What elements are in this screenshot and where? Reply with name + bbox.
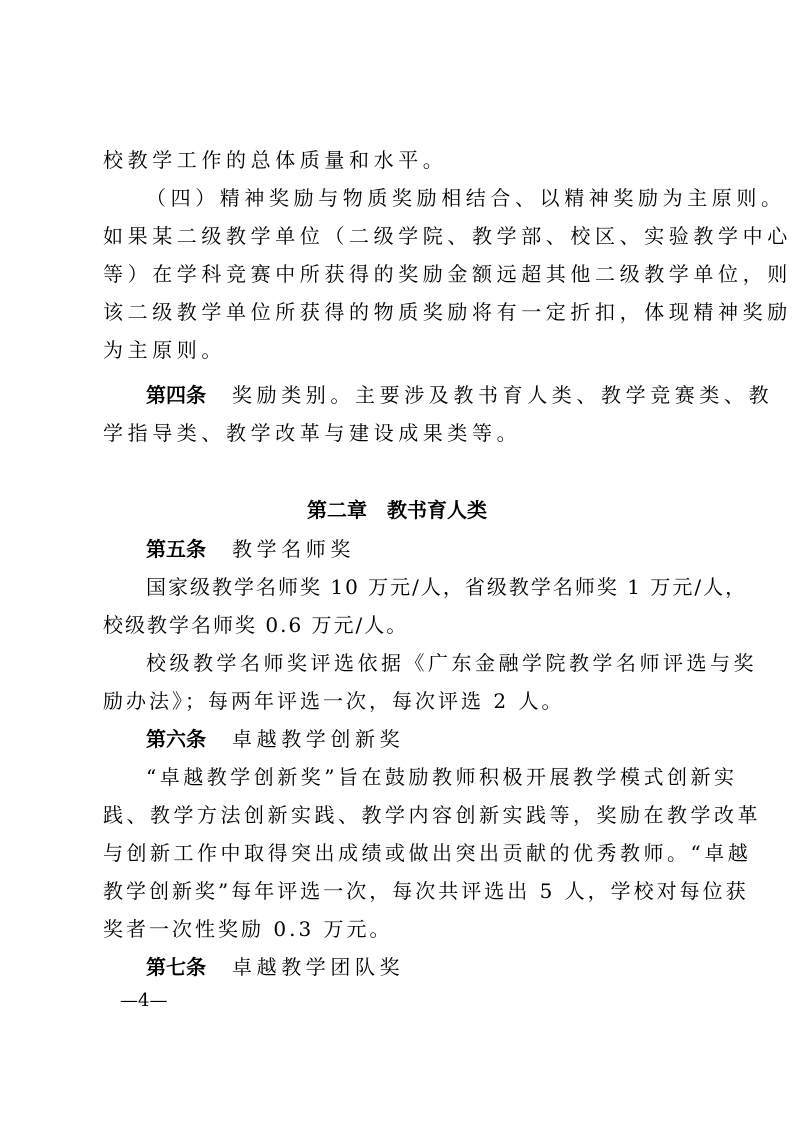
article-4: 第四条奖励类别。主要涉及教书育人类、教学竞赛类、教 (146, 383, 696, 407)
paragraph-line: 该二级教学单位所获得的物质奖励将有一定折扣，体现精神奖励 (103, 300, 695, 324)
paragraph-line: 校教学工作的总体质量和水平。 (103, 148, 695, 172)
paragraph-line: 践、教学方法创新实践、教学内容创新实践等，奖励在教学改革 (103, 803, 695, 827)
page-number: —4— (120, 990, 167, 1012)
document-page: 校教学工作的总体质量和水平。 （四）精神奖励与物质奖励相结合、以精神奖励为主原则… (0, 0, 794, 1123)
paragraph-line: 校级教学名师奖评选依据《广东金融学院教学名师评选与奖 (146, 651, 696, 675)
article-5: 第五条教学名师奖 (146, 537, 696, 561)
paragraph-line: 与创新工作中取得突出成绩或做出突出贡献的优秀教师。“卓越 (103, 841, 695, 865)
article-label: 第四条 (146, 383, 206, 407)
paragraph-line: 学指导类、教学改革与建设成果类等。 (103, 421, 695, 445)
paragraph-line: 奖者一次性奖励 0.3 万元。 (103, 917, 695, 941)
paragraph-line: 教学创新奖”每年评选一次，每次共评选出 5 人，学校对每位获 (103, 879, 695, 903)
article-title: 卓越教学团队奖 (232, 955, 404, 979)
paragraph-line: 校级教学名师奖 0.6 万元/人。 (103, 613, 695, 637)
paragraph-line: （四）精神奖励与物质奖励相结合、以精神奖励为主原则。 (146, 186, 696, 210)
article-label: 第七条 (146, 955, 206, 979)
article-7: 第七条卓越教学团队奖 (146, 955, 696, 979)
paragraph-line: 励办法》；每两年评选一次，每次评选 2 人。 (103, 689, 695, 713)
article-text: 奖励类别。主要涉及教书育人类、教学竞赛类、教 (232, 383, 773, 407)
article-label: 第五条 (146, 537, 206, 561)
paragraph-line: 等）在学科竞赛中所获得的奖励金额远超其他二级教学单位，则 (103, 262, 695, 286)
paragraph-line: “卓越教学创新奖”旨在鼓励教师积极开展教学模式创新实 (146, 765, 696, 789)
article-label: 第六条 (146, 727, 206, 751)
paragraph-line: 如果某二级教学单位（二级学院、教学部、校区、实验教学中心 (103, 224, 695, 248)
article-title: 教学名师奖 (232, 537, 355, 561)
article-6: 第六条卓越教学创新奖 (146, 727, 696, 751)
article-title: 卓越教学创新奖 (232, 727, 404, 751)
paragraph-line: 国家级教学名师奖 10 万元/人，省级教学名师奖 1 万元/人， (146, 575, 696, 599)
chapter-heading: 第二章 教书育人类 (0, 498, 794, 522)
paragraph-line: 为主原则。 (103, 338, 695, 362)
